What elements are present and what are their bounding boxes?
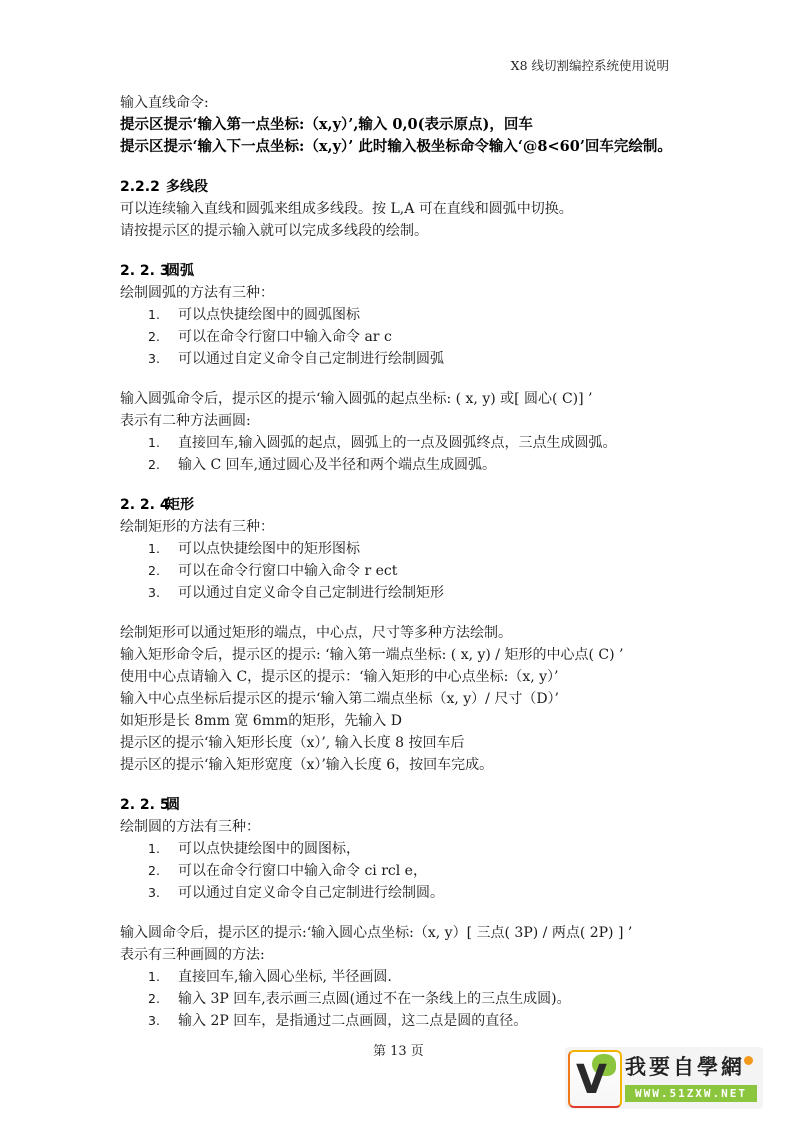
paragraph: 输入矩形命令后，提示区的提示: ‘输入第一端点坐标: ( x, y) / 矩形的… [120, 644, 700, 666]
v-glyph-icon: V [576, 1058, 607, 1102]
list-text: 直接回车,输入圆弧的起点，圆弧上的一点及圆弧终点，三点生成圆弧。 [178, 435, 616, 451]
list-item: 3.可以通过自定义命令自己定制进行绘制矩形 [120, 582, 700, 604]
section-heading-polyline: 2.2.2多线段 [120, 176, 700, 198]
list-text: 可以点快捷绘图中的矩形图标 [178, 541, 360, 557]
paragraph: 请按提示区的提示输入就可以完成多线段的绘制。 [120, 220, 700, 242]
list-number: 3. [148, 582, 178, 604]
list-item: 1.可以点快捷绘图中的矩形图标 [120, 538, 700, 560]
paragraph: 输入圆命令后，提示区的提示:‘输入圆心点坐标:（x, y）[ 三点( 3P) /… [120, 922, 700, 944]
list-text: 可以点快捷绘图中的圆图标， [178, 841, 360, 857]
page-content: 输入直线命令: 提示区提示‘输入第一点坐标:（x,y）’,输入 0,0(表示原点… [120, 92, 700, 1032]
list-number: 1. [148, 304, 178, 326]
paragraph: 提示区的提示‘输入矩形长度（x）’, 输入长度 8 按回车后 [120, 732, 700, 754]
list-text: 可以点快捷绘图中的圆弧图标 [178, 307, 360, 323]
logo-title: 我要自學網 [625, 1051, 745, 1081]
paragraph: 可以连续输入直线和圆弧来组成多线段。按 L,A 可在直线和圆弧中切换。 [120, 198, 700, 220]
section-title: 多线段 [166, 179, 208, 195]
list-text: 可以在命令行窗口中输入命令 r ect [178, 563, 397, 579]
section-number: 2. 2. 3 [120, 260, 166, 282]
list-number: 2. [148, 860, 178, 882]
list-item: 1.直接回车,输入圆心坐标, 半径画圆. [120, 966, 700, 988]
section-number: 2. 2. 4 [120, 494, 166, 516]
section-title: 矩形 [166, 497, 194, 513]
section-title: 圆 [166, 797, 180, 813]
list-text: 输入 C 回车,通过圆心及半径和两个端点生成圆弧。 [178, 457, 496, 473]
list-text: 可以在命令行窗口中输入命令 ci rcl e， [178, 863, 427, 879]
list-number: 3. [148, 1010, 178, 1032]
document-header: X8 线切割编控系统使用说明 [511, 56, 669, 74]
section-number: 2.2.2 [120, 176, 166, 198]
list-number: 3. [148, 348, 178, 370]
paragraph: 绘制矩形的方法有三种： [120, 516, 700, 538]
paragraph: 绘制圆弧的方法有三种： [120, 282, 700, 304]
paragraph: 如矩形是长 8mm 宽 6mm的矩形，先输入 D [120, 710, 700, 732]
list-number: 2. [148, 560, 178, 582]
section-heading-arc: 2. 2. 3圆弧 [120, 260, 700, 282]
list-item: 1.可以点快捷绘图中的圆图标， [120, 838, 700, 860]
list-number: 1. [148, 966, 178, 988]
paragraph: 输入中心点坐标后提示区的提示‘输入第二端点坐标（x, y）/ 尺寸（D）’ [120, 688, 700, 710]
list-text: 可以通过自定义命令自己定制进行绘制矩形 [178, 585, 444, 601]
intro-bold-line: 提示区提示‘输入第一点坐标:（x,y）’,输入 0,0(表示原点)，回车 [120, 114, 700, 136]
section-heading-circle: 2. 2. 5圆 [120, 794, 700, 816]
list-number: 1. [148, 538, 178, 560]
page-number: 第 13 页 [373, 1040, 424, 1059]
section-heading-rectangle: 2. 2. 4矩形 [120, 494, 700, 516]
list-item: 2.输入 3P 回车,表示画三点圆(通过不在一条线上的三点生成圆)。 [120, 988, 700, 1010]
intro-line: 输入直线命令: [120, 92, 700, 114]
watermark-logo: V 我要自學網 WWW.51ZXW.NET [565, 1047, 763, 1109]
list-text: 可以通过自定义命令自己定制进行绘制圆。 [178, 885, 444, 901]
registered-badge-icon [744, 1056, 753, 1065]
list-text: 直接回车,输入圆心坐标, 半径画圆. [178, 969, 392, 985]
list-number: 2. [148, 988, 178, 1010]
intro-bold-line: 提示区提示‘输入下一点坐标:（x,y）’ 此时输入极坐标命令输入‘@8<60’回… [120, 136, 700, 158]
list-item: 2.可以在命令行窗口中输入命令 ar c [120, 326, 700, 348]
section-number: 2. 2. 5 [120, 794, 166, 816]
list-item: 2.可以在命令行窗口中输入命令 ci rcl e， [120, 860, 700, 882]
list-item: 3.输入 2P 回车，是指通过二点画圆，这二点是圆的直径。 [120, 1010, 700, 1032]
logo-v-icon: V [568, 1050, 622, 1108]
paragraph: 绘制圆的方法有三种： [120, 816, 700, 838]
list-item: 1.可以点快捷绘图中的圆弧图标 [120, 304, 700, 326]
list-number: 2. [148, 326, 178, 348]
list-text: 输入 3P 回车,表示画三点圆(通过不在一条线上的三点生成圆)。 [178, 991, 571, 1007]
list-number: 3. [148, 882, 178, 904]
list-item: 2.输入 C 回车,通过圆心及半径和两个端点生成圆弧。 [120, 454, 700, 476]
paragraph: 绘制矩形可以通过矩形的端点，中心点，尺寸等多种方法绘制。 [120, 622, 700, 644]
logo-url: WWW.51ZXW.NET [625, 1085, 757, 1102]
paragraph: 使用中心点请输入 C，提示区的提示：‘输入矩形的中心点坐标:（x, y）’ [120, 666, 700, 688]
list-text: 输入 2P 回车，是指通过二点画圆，这二点是圆的直径。 [178, 1013, 527, 1029]
list-item: 3.可以通过自定义命令自己定制进行绘制圆。 [120, 882, 700, 904]
paragraph: 表示有二种方法画圆: [120, 410, 700, 432]
list-item: 1.直接回车,输入圆弧的起点，圆弧上的一点及圆弧终点，三点生成圆弧。 [120, 432, 700, 454]
paragraph: 输入圆弧命令后，提示区的提示‘输入圆弧的起点坐标: ( x, y) 或[ 圆心(… [120, 388, 700, 410]
paragraph: 表示有三种画圆的方法: [120, 944, 700, 966]
section-title: 圆弧 [166, 263, 194, 279]
list-item: 2.可以在命令行窗口中输入命令 r ect [120, 560, 700, 582]
list-number: 2. [148, 454, 178, 476]
list-number: 1. [148, 432, 178, 454]
list-text: 可以通过自定义命令自己定制进行绘制圆弧 [178, 351, 444, 367]
list-number: 1. [148, 838, 178, 860]
paragraph: 提示区的提示‘输入矩形宽度（x）’输入长度 6，按回车完成。 [120, 754, 700, 776]
list-text: 可以在命令行窗口中输入命令 ar c [178, 329, 392, 345]
list-item: 3.可以通过自定义命令自己定制进行绘制圆弧 [120, 348, 700, 370]
